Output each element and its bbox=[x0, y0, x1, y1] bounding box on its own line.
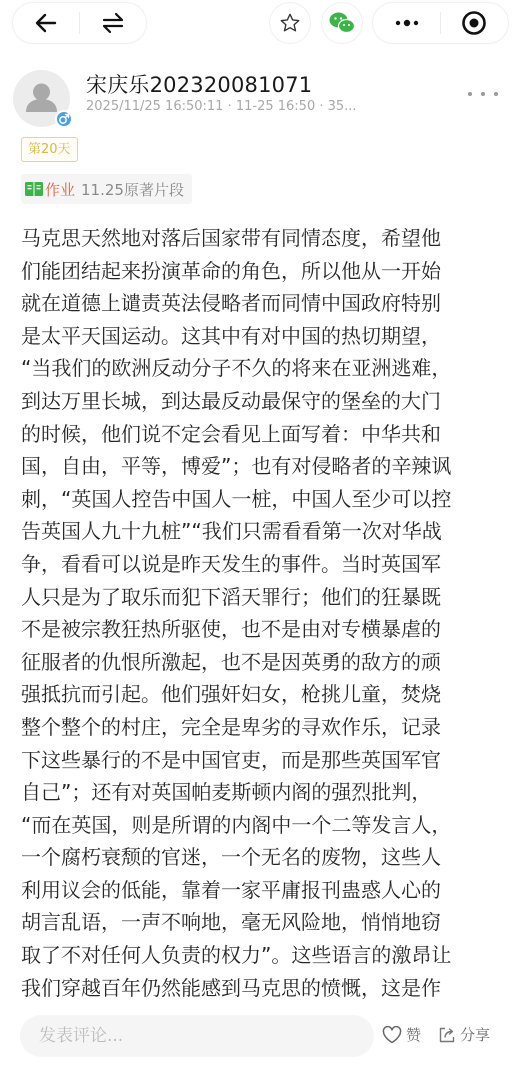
author-name[interactable]: 宋庆乐202320081071 bbox=[86, 69, 312, 99]
content-line: 自己”；还有对英国帕麦斯顿内阁的强烈批判， bbox=[21, 776, 451, 809]
homework-tag[interactable]: 作业 11.25原著片段 bbox=[21, 174, 192, 204]
more-dots-icon bbox=[394, 18, 420, 28]
content-line: 一个腐朽衰颓的官迷，一个无名的废物，这些人 bbox=[21, 841, 451, 874]
bottom-action-bar: 赞 分享 bbox=[0, 1010, 519, 1070]
content-line: 强抵抗而引起。他们强奸妇女，枪挑儿童，焚烧 bbox=[21, 678, 451, 711]
share-button[interactable]: 分享 bbox=[438, 1024, 490, 1045]
favorite-button[interactable] bbox=[269, 2, 311, 44]
post-detail-page: 宋庆乐202320081071 2025/11/25 16:50:11 · 11… bbox=[0, 0, 519, 1070]
ellipsis-icon bbox=[481, 92, 485, 96]
share-icon bbox=[438, 1026, 456, 1044]
share-label: 分享 bbox=[460, 1024, 490, 1045]
content-line: 利用议会的低能，靠着一家平庸报刊蛊惑人心的 bbox=[21, 874, 451, 907]
wechat-share-button[interactable] bbox=[321, 2, 363, 44]
content-line: “当我们的欧洲反动分子不久的将来在亚洲逃难， bbox=[21, 352, 451, 385]
ellipsis-icon bbox=[468, 92, 472, 96]
content-line: 们能团结起来扮演革命的角色，所以他从一开始 bbox=[21, 255, 451, 288]
content-line: 国，自由，平等，博爱”；也有对侵略者的辛辣讽 bbox=[21, 450, 451, 483]
homework-title: 11.25原著片段 bbox=[81, 179, 184, 200]
arrow-left-icon bbox=[34, 12, 58, 34]
like-button[interactable]: 赞 bbox=[382, 1024, 421, 1045]
day-badge: 第20天 bbox=[21, 137, 78, 162]
content-line: 胡言乱语，一声不响地，毫无风险地，悄悄地窃 bbox=[21, 906, 451, 939]
more-options-button[interactable] bbox=[468, 86, 498, 102]
content-line: “而在英国，则是所谓的内阁中一个二等发言人， bbox=[21, 809, 451, 842]
post-meta: 2025/11/25 16:50:11 · 11-25 16:50 · 35..… bbox=[86, 99, 357, 114]
content-line: 刺，“英国人控告中国人一桩，中国人至少可以控 bbox=[21, 483, 451, 516]
content-line: 征服者的仇恨所激起，也不是因英勇的敌方的顽 bbox=[21, 646, 451, 679]
wechat-icon bbox=[328, 11, 356, 35]
content-line: 到达万里长城，到达最反动最保守的堡垒的大门 bbox=[21, 385, 451, 418]
comment-input[interactable] bbox=[20, 1015, 374, 1057]
content-line: 是太平天国运动。这其中有对中国的热切期望， bbox=[21, 320, 451, 353]
star-outline-icon bbox=[279, 12, 301, 34]
nav-pill-right bbox=[372, 2, 509, 44]
back-button[interactable] bbox=[13, 3, 79, 43]
content-line: 的时候，他们说不定会看见上面写着：中华共和 bbox=[21, 418, 451, 451]
content-line: 我们穿越百年仍然能感到马克思的愤慨，这是作 bbox=[21, 972, 451, 1005]
content-line: 告英国人九十九桩”“我们只需看看第一次对华战 bbox=[21, 515, 451, 548]
content-line: 争，看看可以说是昨天发生的事件。当时英国军 bbox=[21, 548, 451, 581]
male-gender-icon bbox=[58, 113, 70, 125]
close-button[interactable] bbox=[441, 3, 508, 43]
swap-arrows-icon bbox=[101, 12, 125, 34]
nav-pill-left bbox=[12, 2, 147, 44]
content-line: 取了不对任何人负责的权力”。这些语言的激昂让 bbox=[21, 939, 451, 972]
content-line: 下这些暴行的不是中国官吏，而是那些英国军官 bbox=[21, 744, 451, 777]
content-line: 整个整个的村庄，完全是卑劣的寻欢作乐，记录 bbox=[21, 711, 451, 744]
top-nav-bar bbox=[0, 0, 519, 50]
target-circle-icon bbox=[461, 10, 487, 36]
book-icon bbox=[25, 182, 43, 196]
homework-label: 作业 bbox=[45, 179, 75, 200]
ellipsis-icon bbox=[494, 92, 498, 96]
content-line: 人只是为了取乐而犯下滔天罪行；他们的狂暴既 bbox=[21, 581, 451, 614]
switch-button[interactable] bbox=[80, 3, 146, 43]
content-line: 不是被宗教狂热所驱使，也不是由对专横暴虐的 bbox=[21, 613, 451, 646]
menu-button[interactable] bbox=[373, 3, 440, 43]
content-line: 马克思天然地对落后国家带有同情态度，希望他 bbox=[21, 222, 451, 255]
like-label: 赞 bbox=[406, 1024, 421, 1045]
gender-badge bbox=[55, 110, 73, 128]
content-line: 就在道德上谴责英法侵略者而同情中国政府特别 bbox=[21, 287, 451, 320]
heart-outline-icon bbox=[382, 1026, 402, 1044]
post-content: 马克思天然地对落后国家带有同情态度，希望他 们能团结起来扮演革命的角色，所以他从… bbox=[21, 222, 451, 1004]
